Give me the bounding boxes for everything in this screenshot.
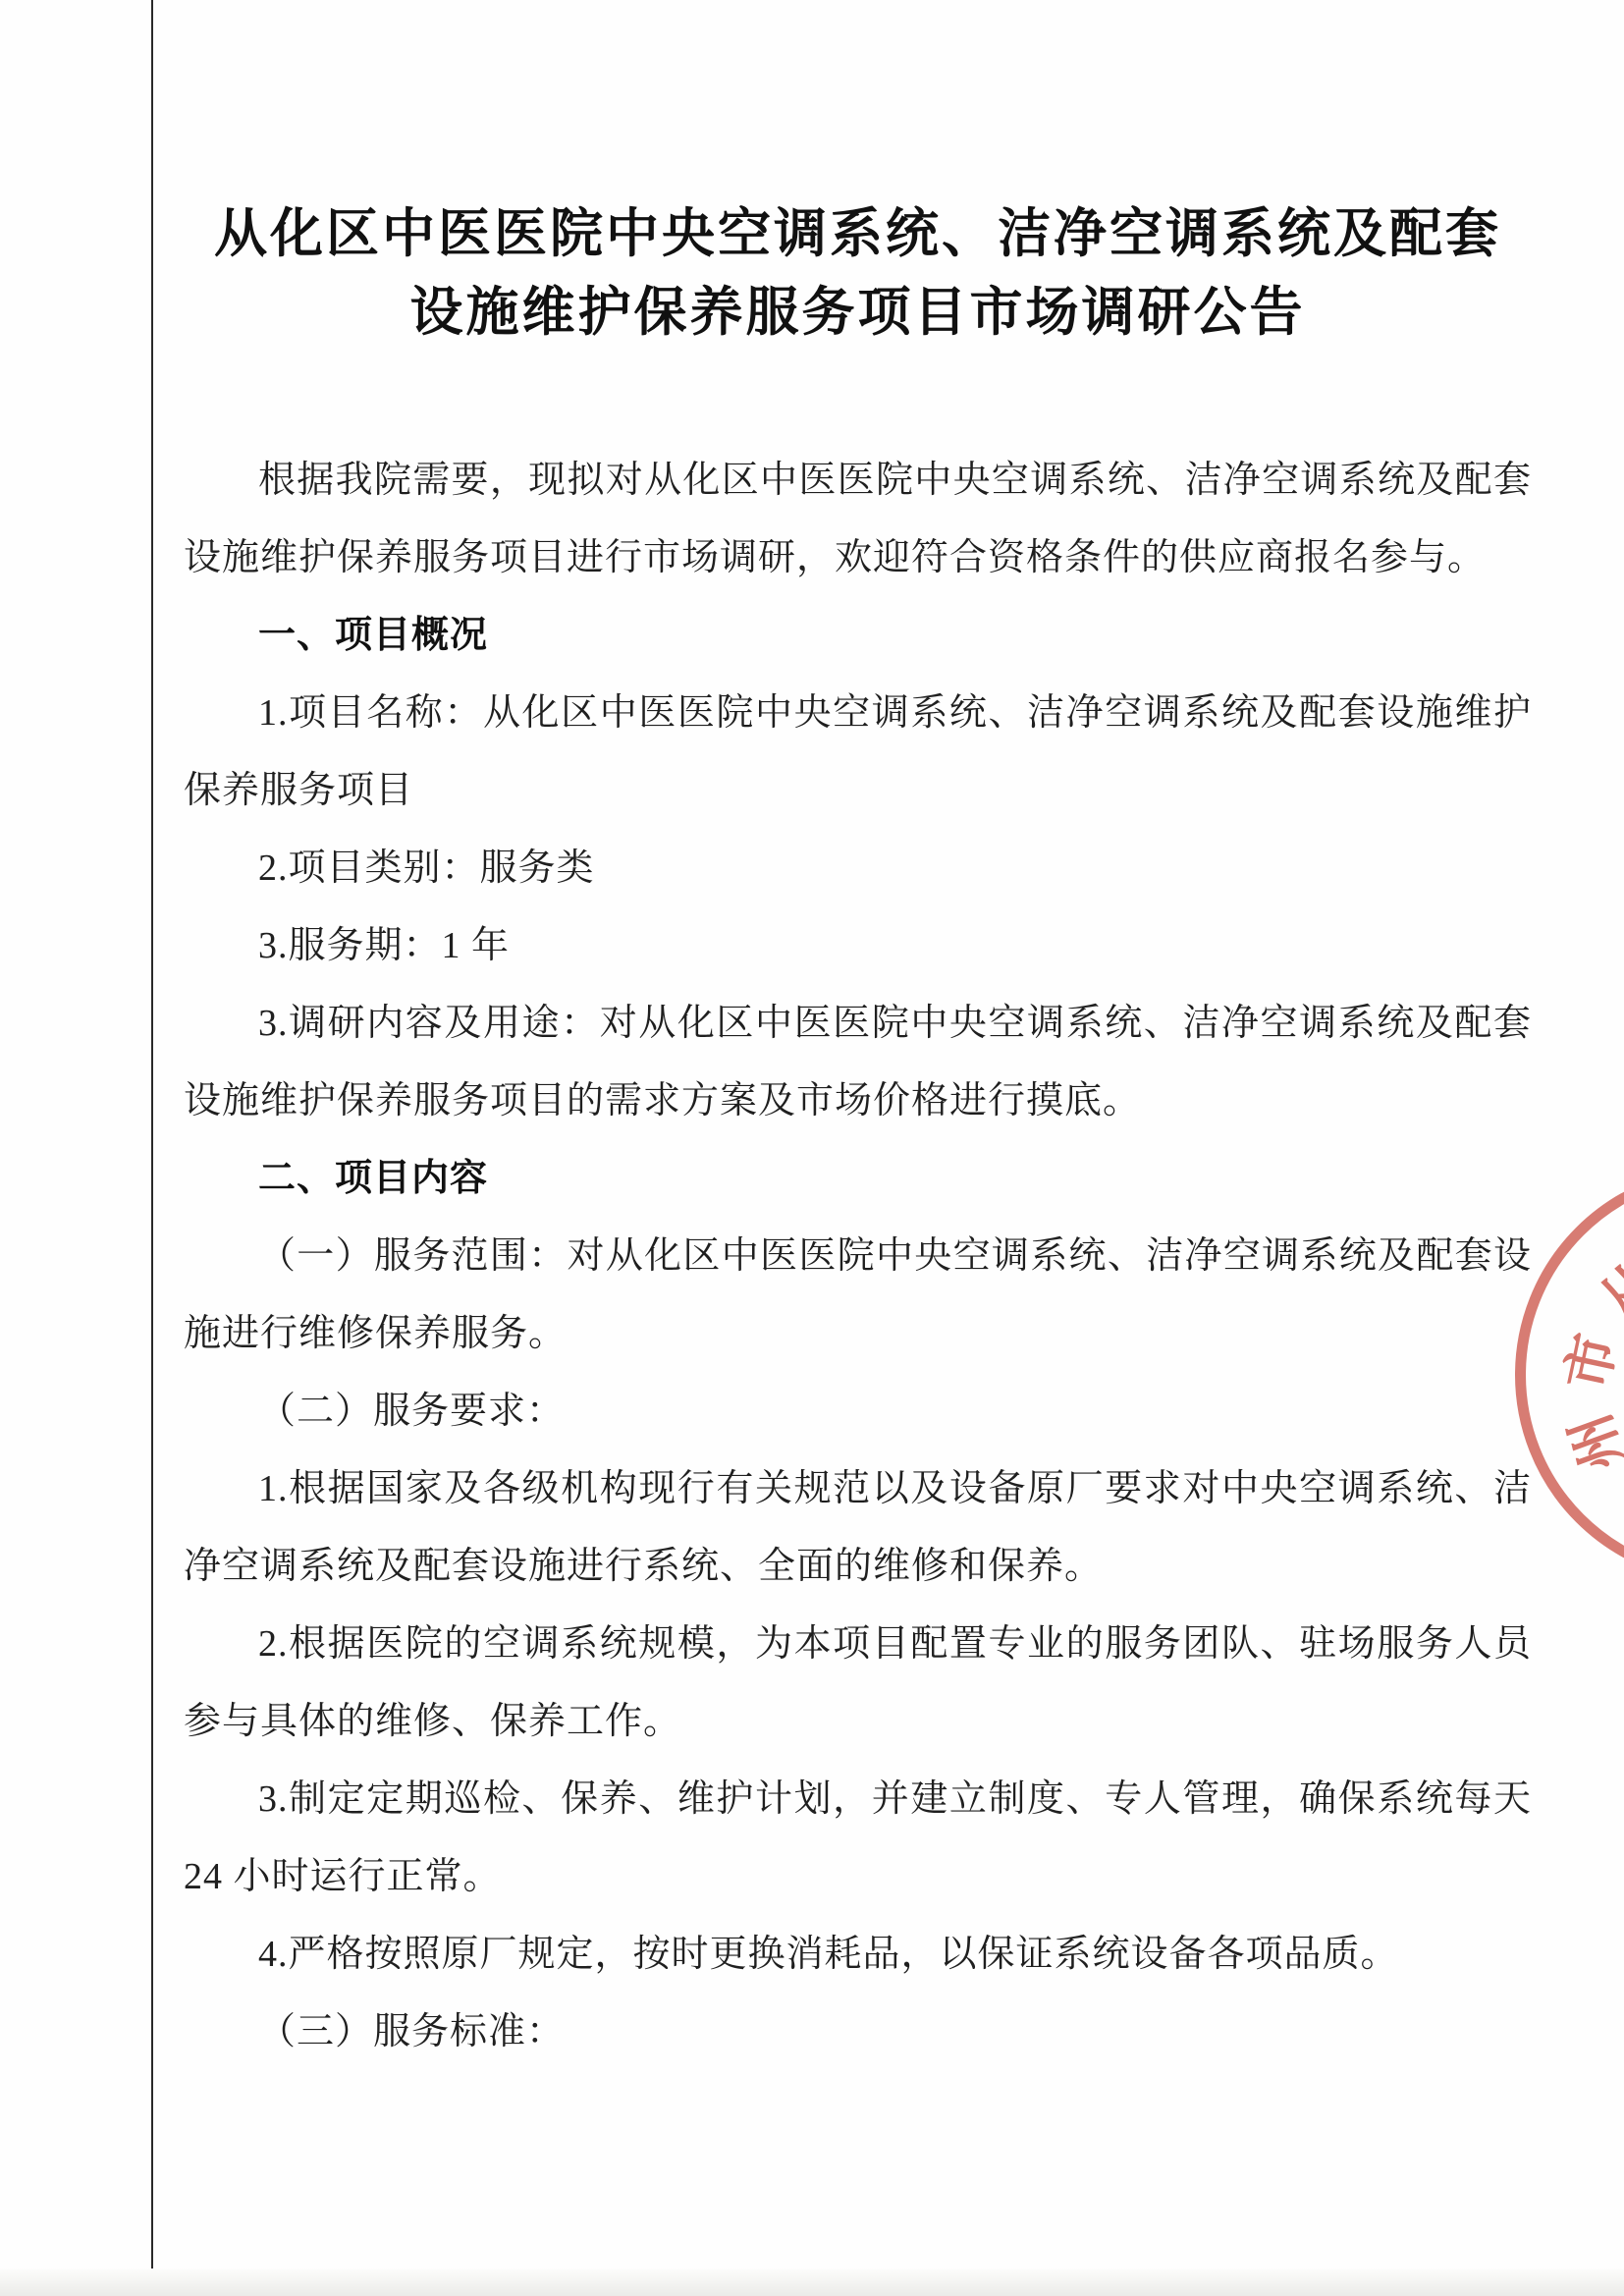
document-body: 根据我院需要，现拟对从化区中医医院中央空调系统、洁净空调系统及配套设施维护保养服… — [184, 442, 1532, 2071]
requirement-2: 2.根据医院的空调系统规模，为本项目配置专业的服务团队、驻场服务人员参与具体的维… — [184, 1606, 1532, 1761]
item-service-requirements-label: （二）服务要求： — [184, 1373, 1532, 1450]
item-service-scope: （一）服务范围：对从化区中医医院中央空调系统、洁净空调系统及配套设施进行维修保养… — [184, 1218, 1532, 1373]
section-2-heading: 二、项目内容 — [184, 1140, 1532, 1218]
seal-character: 市 — [1543, 1326, 1624, 1395]
paper-edge-line — [151, 0, 153, 2270]
item-research-content: 3.调研内容及用途：对从化区中医医院中央空调系统、洁净空调系统及配套设施维护保养… — [184, 985, 1532, 1140]
seal-character: 从 — [1580, 1241, 1624, 1336]
section-1-heading: 一、项目概况 — [184, 597, 1532, 675]
document-title: 从化区中医医院中央空调系统、洁净空调系统及配套 设施维护保养服务项目市场调研公告 — [184, 194, 1532, 352]
intro-paragraph: 根据我院需要，现拟对从化区中医医院中央空调系统、洁净空调系统及配套设施维护保养服… — [184, 442, 1532, 597]
document-title-line-2: 设施维护保养服务项目市场调研公告 — [184, 273, 1532, 352]
requirement-1: 1.根据国家及各级机构现行有关规范以及设备原厂要求对中央空调系统、洁净空调系统及… — [184, 1450, 1532, 1606]
requirement-4: 4.严格按照原厂规定，按时更换消耗品，以保证系统设备各项品质。 — [184, 1916, 1532, 1994]
item-service-period: 3.服务期：1 年 — [184, 907, 1532, 985]
document-title-line-1: 从化区中医医院中央空调系统、洁净空调系统及配套 — [184, 194, 1532, 273]
item-project-category: 2.项目类别：服务类 — [184, 830, 1532, 907]
scanner-bottom-edge — [0, 2269, 1624, 2296]
document-content: 从化区中医医院中央空调系统、洁净空调系统及配套 设施维护保养服务项目市场调研公告… — [184, 194, 1532, 2071]
scanned-document-page: 从化区中医医院中央空调系统、洁净空调系统及配套 设施维护保养服务项目市场调研公告… — [0, 0, 1624, 2296]
seal-character: 州 — [1547, 1404, 1624, 1483]
requirement-3: 3.制定定期巡检、保养、维护计划，并建立制度、专人管理，确保系统每天 24 小时… — [184, 1761, 1532, 1916]
item-service-standard-label: （三）服务标准： — [184, 1994, 1532, 2071]
item-project-name: 1.项目名称：从化区中医医院中央空调系统、洁净空调系统及配套设施维护保养服务项目 — [184, 675, 1532, 830]
